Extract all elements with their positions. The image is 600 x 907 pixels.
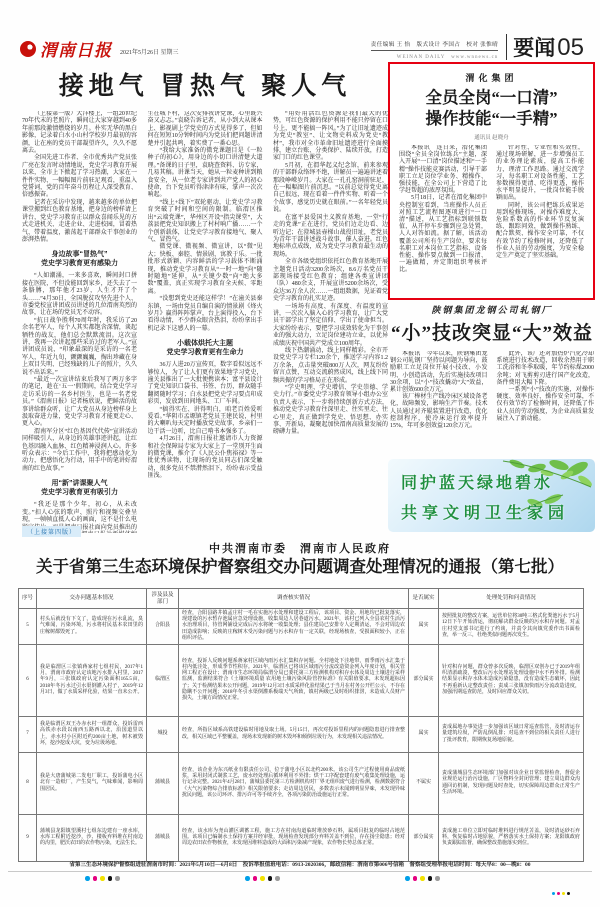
staff-block: 责任编辑 王 怡 版式设计 李国占 校对 张惟晴 WEINAN DAILY ww… [371, 40, 499, 60]
cell-no: 6 [19, 645, 37, 717]
cell-county: 城投 [147, 717, 179, 753]
public-service-ad: 同护蓝天绿地碧水 共享文明卫生家园 [388, 459, 595, 532]
gray-dot [115, 876, 120, 881]
title-line-2: 操作技能“一手精” [399, 108, 584, 129]
cell-handling: 责成施工单位立即对临时堆料进行规范苫盖，及时清运砂石弃料，恢复临时占地原貌，严格… [439, 815, 584, 862]
article-body: 本报讯 今年以来，陕钢集团龙钢公司轧钢厂坚持以问题为导向，鼓励职工立足岗位开展小… [390, 351, 594, 451]
paragraph: 在富平县爱国主义教育基地，一堂“行走的党课”正在进行，党员们边走边看、边听边记；… [273, 215, 388, 259]
cyan-dot [85, 876, 90, 881]
article-byline: 通讯员 赵晓舟 [399, 133, 584, 141]
cmyk-registration-dots [405, 876, 440, 881]
newspaper-emblem-icon [20, 41, 36, 57]
paragraph: 全市各级党组织依托红色教育基地开展主题党日活动3200余场次，8.6万名党员干部… [273, 259, 388, 303]
cell-county: 合阳县 [147, 609, 179, 645]
paragraph: 此外，该厂还对加热炉汽化冷却系统进行技术改造，回收余热用于职工洗浴和冬季取暖，年… [497, 351, 595, 387]
section-mark: 要闻 05 [513, 32, 584, 62]
col-header-no: 序号 [19, 589, 37, 609]
paragraph: 5月初，在渭华起义纪念馆，前来参观的干部群众络绎不绝，讲解员一遍遍讲述着那段峥嵘… [273, 163, 388, 215]
paragraph: “用好用活红色资源是我们最大的优势，可红色资源的保护利用不能只停留在口号上，更不… [273, 111, 388, 163]
magenta-dot [253, 876, 258, 881]
black-dot [428, 876, 433, 881]
paragraph: 本报讯 今年以来，陕钢集团龙钢公司轧钢厂坚持以问题为导向，鼓励职工立足岗位开展小… [390, 351, 488, 394]
header-right: 责任编辑 王 怡 版式设计 李国占 校对 张惟晴 WEINAN DAILY ww… [371, 32, 584, 62]
notice-table: 序号 交办问题基本情况 涉及县及部门 调查核实情况 是否属实 处理处罚和问责情况… [18, 588, 584, 862]
paragraph: “线上+线下”双轮驱动，让党史学习教育突破了时间和空间的限制。临渭区推出“云端党… [148, 200, 263, 244]
cell-verified: 属实 [409, 609, 439, 645]
cell-verified: 部分属实 [409, 815, 439, 862]
paragraph: “搞得实在、讲得明白，咱老百姓爱听爱看。”华阴市孟塬镇老党员王建民说，村里的大喇… [148, 407, 263, 437]
paragraph: 一系列“小”技改的实施，对操作硬度、效率良好、操作安全可靠，不仅有效节约了检修时… [497, 387, 595, 423]
subhead-line: 党史学习教育更有吸引力 [22, 488, 137, 497]
subhead-2: 用“新”讲课聚人气 党史学习教育更有吸引力 [22, 479, 137, 497]
cmyk-registration-dots [245, 876, 280, 881]
paragraph: 4月26日，渭南日报社邀请市人力资源和社会保障局专家为大家上了一堂别开生面的微党… [148, 436, 263, 480]
table-header-row: 序号 交办问题基本情况 涉及县及部门 调查核实情况 是否属实 处理处罚和问责情况 [19, 589, 584, 609]
page-header: 渭南日报 2021年5月26日 星期三 责任编辑 王 怡 版式设计 李国占 校对… [18, 30, 584, 62]
ad-slogan: 同护蓝天绿地碧水 共享文明卫生家园 [401, 470, 569, 523]
article-kicker: 渭化集团 [399, 71, 584, 84]
table-row: 9 蒲城县龙阳镇望溪村七组东边建有一座水库，水库工程附近挖沙，沙、楼板弃料堆在村… [19, 815, 584, 862]
cell-problem: 我是临渭区双王办赤水村一组群众，投诉雷西高铁赤水段以南西五路西以北，沿国道里以上… [37, 717, 147, 753]
cell-investigation: 经查，所指区域系高铁建设临时用地及取土场。5月15日，再次对投诉里程内的问题隐患… [179, 717, 409, 753]
subhead-1: 身边故事“冒热气” 党史学习教育更有感染力 [22, 250, 137, 268]
col-header-handling: 处理处罚和问责情况 [439, 589, 584, 609]
subhead-line: 党史学习教育更有感染力 [22, 259, 137, 268]
table-row: 5 村头后就没有下文了，造成现在污水乱流，臭气难闻，污染环境，污水将村民基本农田… [19, 609, 584, 645]
paragraph: （上接第一版）大洋楼上，一组20世纪70年代末的老照片，瞬间让大家穿越到40多年… [22, 111, 137, 155]
date-line: 2021年5月26日 星期三 [120, 47, 179, 56]
cell-county: 蒲城县 [147, 815, 179, 862]
magenta-dot [93, 876, 98, 881]
cell-county: 临渭区 [147, 645, 179, 717]
cell-investigation: 经查，该企业为东兴纸业有限责任公司，位于蒲电小区以北约200米。该公司生产过程使… [179, 753, 409, 815]
paragraph: “最近一次宣讲结束后我写了两万多字的笔记，趁在‘五一’假期间，结合党史学习走访采… [22, 377, 137, 429]
cell-no: 5 [19, 609, 37, 645]
cell-verified: 部分属实 [409, 645, 439, 717]
cell-handling: 针对积存问题，群众曾多次反映，临渭区双创办已于2019年组织清淤疏浚，整改后污水… [439, 645, 584, 717]
paragraph: “我给大家准备的微党课题目是《一粒种子的初心》，用身边的小切口讲清楚大道理。”备… [148, 148, 263, 200]
subhead-line: 用“新”讲课聚人气 [22, 479, 137, 488]
continuation-label: （上接第四版） [22, 526, 81, 537]
news-column-1: （上接第一版）大洋楼上，一组20世纪70年代末的老照片，瞬间让大家穿越到40多年… [22, 111, 137, 533]
paragraph: 同时，该公司把练兵成果运用到检修现场，对操作难度大、危险系数高的作业环节反复演练… [496, 203, 584, 261]
table-row: 8 我是大唐蒲城第二发电厂职工，投诉蒲电小区北有一造纸厂，产生臭气，气味难闻，影… [19, 753, 584, 815]
gray-dot [435, 876, 440, 881]
cyan-dot [552, 892, 555, 895]
article-body: 本报讯 连日来，渭化集团围绕“全员全岗位练兵”主题，深入开展“一口清”岗位描述和… [399, 145, 584, 301]
paper-name: 渭南日报 [40, 36, 112, 61]
magenta-dot [413, 876, 418, 881]
title-line-1: 全员全岗“一口清” [399, 87, 584, 108]
black-dot [567, 892, 570, 895]
paragraph: “没想到党史还能这样学！”在潼关县秦东镇，一场由党员自编自演的情景剧《烽火岁月》… [148, 296, 263, 333]
paragraph: 记者在采访中发现，越来越多的单位把课堂搬到红色教育基地，把身边的榜样请上讲台，党… [22, 200, 137, 244]
paragraph: 针对性、专业性和实效性，通过现场研解，进一步增强员工的业务理论素质，提高工作能力… [496, 145, 584, 203]
cell-problem: 村头后就没有下文了，造成现在污水乱流，臭气难闻，污染环境，污水将村民基本农田里的… [37, 609, 147, 645]
subhead-3: 小载体烘托大主题 党史学习教育更有生命力 [148, 339, 263, 357]
table-row: 6 我是临渭区三张镇蒋家村七组村民，2017年1月，渭南市政府认定该地污水排入村… [19, 645, 584, 717]
paragraph: 一场场有高度、有深度、有温度的宣讲，一次次入脑入心的学习教育，让广大党员干部学出… [273, 304, 388, 348]
cmyk-corner-dots [552, 892, 570, 895]
table-footnote: 省第三生态环境保护督察组进驻渭南市时间：2021年5月10日—6月8日 投诉举报… [0, 860, 600, 868]
yellow-dot [100, 876, 105, 881]
black-dot [108, 876, 113, 881]
paragraph: 本报讯 连日来，渭化集团围绕“全员全岗位练兵”主题，深入开展“一口清”岗位描述和… [399, 145, 487, 195]
notice-title: 关于省第三生态环境保护督察组交办问题调查处理情况的通报（第七批） [0, 553, 600, 577]
cmyk-registration-dots [85, 876, 120, 881]
cell-no: 7 [19, 717, 37, 753]
article-title: “小”技改突显“大”效益 [390, 318, 594, 345]
paragraph: 5月18日，记者在渭化集团中央控制室看到，当班操作人员正对照工艺流程图逐项进行“… [399, 195, 487, 274]
article-tech-improvement: 陕钢集团龙钢公司轧钢厂 “小”技改突显“大”效益 本报讯 今年以来，陕钢集团龙钢… [390, 303, 594, 455]
paragraph: 36万人进20万宣传页，数字看似远远不够惊人，为了让人们更有效果地学习党史，潼关… [148, 362, 263, 406]
masthead-english: WEINAN DAILY www.wnnews.cn [371, 51, 499, 60]
yellow-dot [562, 892, 565, 895]
black-dot [268, 876, 273, 881]
cell-handling: 责成蒲城县生态环境部门加强对该企业日常监督检查，督促企业规范运行治污设施，厂区物… [439, 753, 584, 815]
cell-handling: 责成属地办事处进一步加强该区域日常巡查监管，及时清运存量建筑垃圾，严防乱倒乱排；… [439, 717, 584, 753]
article-columns: （上接第一版）大洋楼上，一组20世纪70年代末的老照片，瞬间让大家穿越到40多年… [22, 111, 388, 533]
article-kicker: 陕钢集团龙钢公司轧钢厂 [390, 303, 594, 316]
gray-dot [275, 876, 280, 881]
page-number: 05 [557, 34, 584, 62]
col-header-county: 涉及县及部门 [147, 589, 179, 609]
col-header-problem: 交办问题基本情况 [37, 589, 147, 609]
paragraph: “学史明理、学史增信、学史崇德、学史力行。”市委党史学习教育领导小组办公室负责人… [273, 385, 388, 437]
paragraph: 该厂棒材生产线冷床区域设备老化，故障频发，影响生产节奏。技术人员通过对齐辊装置进… [390, 394, 488, 430]
bottom-rule [8, 871, 592, 872]
cell-problem: 我是临渭区三张镇蒋家村七组村民，2017年1月，渭南市政府认定该地污水排入村里，… [37, 645, 147, 717]
news-column-3: “用好用活红色资源是我们最大的优势，可红色资源的保护利用不能只停留在口号上，更不… [273, 111, 388, 533]
cell-investigation: 经查，投诉人反映问题系蒋家村区域内雨污水汇集积存问题。全村地处下洼地带，雨季雨污… [179, 645, 409, 717]
paragraph: 微党课、微视频、微宣讲，以“微”见大；快板、秦腔、情景剧，寓教于乐。一批批形式新… [148, 244, 263, 296]
cell-investigation: 经查，该水库为尧山灌区调蓄工程，施工方在村南沟道临时堆放砂石料，属项目批复的临时… [179, 815, 409, 862]
paragraph: “人如潮涌，一来多喜欢，瞬间封口拼接在医院，不但没能回到家乡，还失去了一条胳膊，… [22, 273, 137, 317]
cell-county: 蒲城县 [147, 753, 179, 815]
paragraph: 渭南军分区“红色基因代代传”宣讲活动同样吸引人，从身边的英雄事迹讲起，让红色基因… [22, 429, 137, 473]
paragraph: 生在城下村，这次安排我讲党课，心里既兴奋又忐忑。”袁晓告诉记者，从小到大从课本上… [148, 111, 263, 148]
section-divider [506, 34, 507, 60]
cyan-dot [245, 876, 250, 881]
magenta-dot [557, 892, 560, 895]
col-header-investigation: 调查核实情况 [179, 589, 409, 609]
article-headline: 接地气 冒热气 聚人气 [22, 66, 388, 102]
cell-verified: 属实 [409, 717, 439, 753]
col-header-verified: 是否属实 [409, 589, 439, 609]
article-party-history: 接地气 冒热气 聚人气 （上接第一版）大洋楼上，一组20世纪70年代末的老照片，… [22, 66, 388, 526]
newspaper-page: 渭南日报 2021年5月26日 星期三 责任编辑 王 怡 版式设计 李国占 校对… [0, 0, 600, 907]
cell-problem: 蒲城县龙阳镇望溪村七组东边建有一座水库，水库工程附近挖沙，沙、楼板弃料堆在村南边… [37, 815, 147, 862]
section-title: 要闻 [513, 32, 555, 62]
ad-slogan-line-2: 共享文明卫生家园 [401, 500, 569, 523]
staff-line: 责任编辑 王 怡 版式设计 李国占 校对 张惟晴 [371, 40, 499, 51]
subhead-line: 身边故事“冒热气” [22, 250, 137, 259]
cell-handling: 按照批复的整改方案，运营单位将30吨三格式化粪池污水于5月12日下午开始清运，彻… [439, 609, 584, 645]
news-column-2: 生在城下村，这次安排我讲党课，心里既兴奋又忐忑。”袁晓告诉记者，从小到大从课本上… [148, 111, 263, 533]
cell-no: 8 [19, 753, 37, 815]
cell-problem: 我是大唐蒲城第二发电厂职工，投诉蒲电小区北有一造纸厂，产生臭气，气味难闻，影响周… [37, 753, 147, 815]
paragraph: 线下热潮涌动，线上同样精彩。全市开设党史学习专栏120余个，推送学习内容1.2万… [273, 348, 388, 385]
subhead-line: 党史学习教育更有生命力 [148, 348, 263, 357]
yellow-dot [260, 876, 265, 881]
paragraph: 全国先进工作者、全市优秀共产党员张广亮在发言时动情地说，党史学习教育开展以来，全… [22, 155, 137, 199]
cyan-dot [405, 876, 410, 881]
article-title: 全员全岗“一口清” 操作技能“一手精” [399, 87, 584, 129]
paragraph: “抗日战争胜利70周年时，我采访了20余名老军人，每个人其实都饱含深情，谈起牺牲… [22, 318, 137, 377]
subhead-line: 小载体烘托大主题 [148, 339, 263, 348]
cell-no: 9 [19, 815, 37, 862]
yellow-dot [420, 876, 425, 881]
cell-investigation: 经查，合阳县路井镇孟庄村一毛在实施污水处理和建设工程后，该项目、资金、用地均已批… [179, 609, 409, 645]
table-row: 7 我是临渭区双王办赤水村一组群众，投诉雷西高铁赤水段以南西五路西以北，沿国道里… [19, 717, 584, 753]
ad-slogan-line-1: 同护蓝天绿地碧水 [401, 470, 569, 493]
masthead: 渭南日报 2021年5月26日 星期三 [20, 36, 179, 61]
highlight-box-article: 渭化集团 全员全岗“一口清” 操作技能“一手精” 通讯员 赵晓舟 本报讯 连日来… [388, 62, 595, 300]
cell-verified: 不属实 [409, 753, 439, 815]
